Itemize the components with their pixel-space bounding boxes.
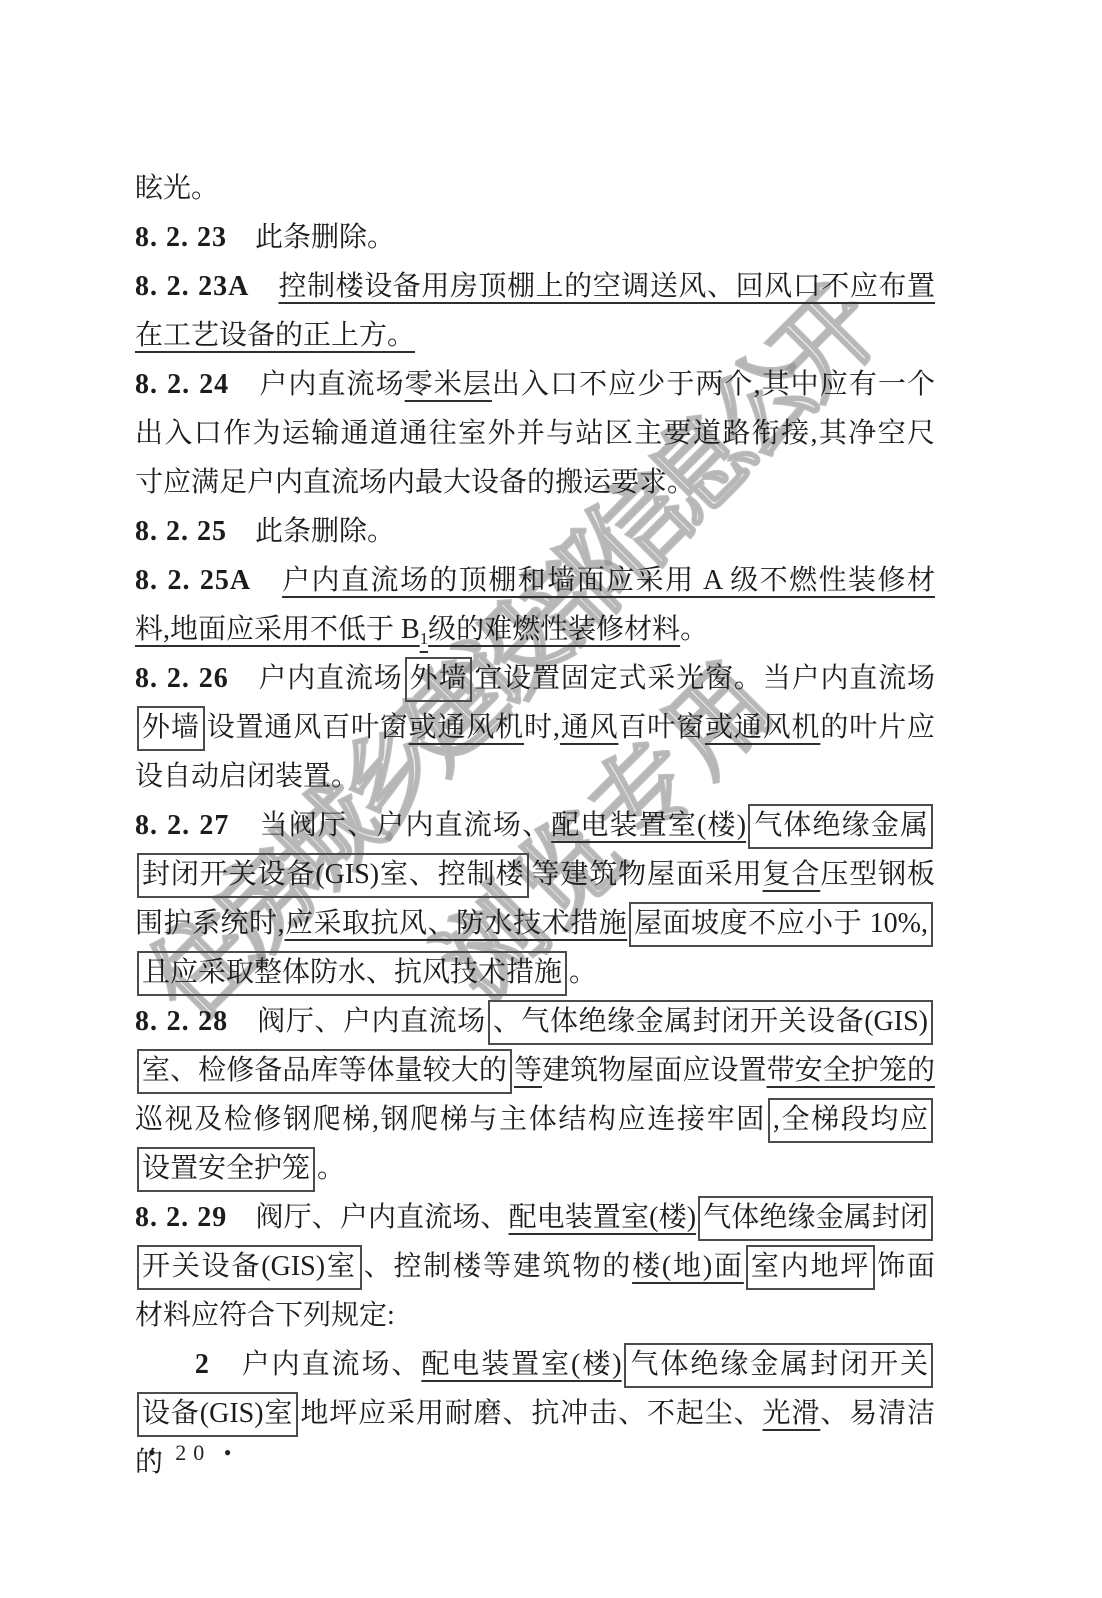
text-run: 。 (680, 614, 708, 645)
text-line: 巡视及检修钢爬梯,钢爬梯与主体结构应连接牢固,全梯段均应 (135, 1095, 935, 1144)
text-line: 8. 2. 26 户内直流场外墙宜设置固定式采光窗。当户内直流场 (135, 654, 935, 703)
text-run (251, 565, 282, 596)
subscript-text: 1 (420, 629, 428, 648)
boxed-text: 气体绝缘金属封闭开关 (624, 1343, 933, 1388)
underlined-text: 或通风机 (409, 712, 524, 743)
text-run: 建筑物屋面应设置 (542, 1055, 767, 1086)
text-line: 8. 2. 29 阀厅、户内直流场、配电装置室(楼)气体绝缘金属封闭 (135, 1193, 935, 1242)
text-run: 等建筑物屋面采用 (531, 859, 762, 890)
text-line: 出入口作为运输通道通往室外并与站区主要道路衔接,其净空尺 (135, 409, 935, 458)
document-page: 住房城乡建设部信息公开 浏览专用 眩光。8. 2. 23 此条删除。8. 2. … (0, 0, 1102, 1598)
underlined-text: 通风 (560, 712, 619, 743)
text-line: 设置安全护笼。 (135, 1144, 935, 1193)
text-run: 材料应符合下列规定: (135, 1300, 395, 1331)
text-run: 阀厅、户内直流场、 (227, 1202, 508, 1233)
clause-number: 8. 2. 25 (135, 516, 227, 547)
underlined-text: 配电装置室(楼) (509, 1202, 696, 1233)
text-line: 8. 2. 27 当阀厅、户内直流场、配电装置室(楼)气体绝缘金属 (135, 801, 935, 850)
clause-number: 8. 2. 25A (135, 565, 251, 596)
text-run: 宜设置固定式采光窗。当户内直流场 (474, 663, 935, 694)
text-line: 8. 2. 28 阀厅、户内直流场、气体绝缘金属封闭开关设备(GIS) (135, 997, 935, 1046)
text-line: 料,地面应采用不低于 B1级的难燃性装修材料。 (135, 605, 935, 654)
text-line: 围护系统时,应采取抗风、防水技术措施屋面坡度不应小于 10%, (135, 899, 935, 948)
text-line: 8. 2. 23A 控制楼设备用房顶棚上的空调送风、回风口不应布置 (135, 262, 935, 311)
underlined-text: 带安全护笼的 (767, 1055, 935, 1086)
text-run: 此条删除。 (227, 516, 395, 547)
text-line: 封闭开关设备(GIS)室、控制楼等建筑物屋面采用复合压型钢板 (135, 850, 935, 899)
boxed-text: 且应采取整体防水、抗风技术措施 (137, 951, 567, 996)
clause-number: 8. 2. 29 (135, 1202, 227, 1233)
text-run: 围护系统时, (135, 908, 285, 939)
text-run: 。 (317, 1153, 345, 1184)
boxed-text: 外墙 (137, 706, 205, 751)
text-run: 设自动启闭装置。 (135, 761, 359, 792)
text-line: 8. 2. 24 户内直流场零米层出入口不应少于两个,其中应有一个 (135, 360, 935, 409)
text-run: 此条删除。 (227, 222, 395, 253)
text-line: 材料应符合下列规定: (135, 1291, 935, 1340)
text-line: 8. 2. 25 此条删除。 (135, 507, 935, 556)
text-run: 眩光。 (135, 173, 219, 204)
text-line: 开关设备(GIS)室、控制楼等建筑物的楼(地)面室内地坪饰面 (135, 1242, 935, 1291)
text-run: 出入口作为运输通道通往室外并与站区主要道路衔接,其净空尺 (135, 418, 935, 449)
underlined-text: 控制楼设备用房顶棚上的空调送风、回风口不应布置 (279, 271, 935, 302)
text-run: 地坪应采用耐磨、抗冲击、不起尘、 (300, 1398, 762, 1429)
clause-number: 8. 2. 23 (135, 222, 227, 253)
clause-number: 8. 2. 23A (135, 271, 249, 302)
text-run: 当阀厅、户内直流场、 (229, 810, 551, 841)
boxed-text: ,全梯段均应 (768, 1098, 933, 1143)
boxed-text: 气体绝缘金属 (748, 804, 933, 849)
text-run: 设置通风百叶窗 (207, 712, 409, 743)
text-run: 出入口不应少于两个,其中应有一个 (492, 369, 935, 400)
text-line: 室、检修备品库等体量较大的等建筑物屋面应设置带安全护笼的 (135, 1046, 935, 1095)
underlined-text: 或通风机 (705, 712, 820, 743)
text-run: 阀厅、户内直流场 (228, 1006, 486, 1037)
boxed-text: 屋面坡度不应小于 10%, (629, 902, 933, 947)
text-line: 寸应满足户内直流场内最大设备的搬运要求。 (135, 458, 935, 507)
underlined-text: 配电装置室(楼) (551, 810, 746, 841)
boxed-text: 气体绝缘金属封闭 (698, 1196, 933, 1241)
underlined-text: 复合 (763, 859, 821, 890)
text-line: 设备(GIS)室地坪应采用耐磨、抗冲击、不起尘、光滑、易清洁的 (135, 1389, 935, 1438)
text-run (249, 271, 278, 302)
underlined-text: 配电装置室(楼) (421, 1349, 621, 1380)
clause-number: 8. 2. 27 (135, 810, 229, 841)
boxed-text: 、气体绝缘金属封闭开关设备(GIS) (488, 1000, 933, 1045)
boxed-text: 设备(GIS)室 (137, 1392, 298, 1437)
clause-number: 2 (195, 1349, 210, 1380)
boxed-text: 室内地坪 (746, 1245, 875, 1290)
text-line: 在工艺设备的正上方。 (135, 311, 935, 360)
text-run: 巡视及检修钢爬梯,钢爬梯与主体结构应连接牢固 (135, 1104, 766, 1135)
clause-number: 8. 2. 24 (135, 369, 229, 400)
clause-number: 8. 2. 28 (135, 1006, 228, 1037)
page-number: • 20 • (148, 1440, 238, 1466)
boxed-text: 室、检修备品库等体量较大的 (137, 1049, 512, 1094)
underlined-text: 料,地面应采用不低于 B (135, 614, 420, 645)
underlined-text: 楼(地)面 (632, 1251, 744, 1282)
text-line: 眩光。 (135, 164, 935, 213)
boxed-text: 设置安全护笼 (137, 1147, 315, 1192)
text-run: 户内直流场、 (210, 1349, 422, 1380)
underlined-text: 户内直流场的顶棚和墙面应采用 A 级不燃性装修材 (282, 565, 935, 596)
text-run: 户内直流场 (229, 369, 405, 400)
text-line: 8. 2. 25A 户内直流场的顶棚和墙面应采用 A 级不燃性装修材 (135, 556, 935, 605)
text-run: 户内直流场 (229, 663, 403, 694)
text-run: 时, (524, 712, 560, 743)
text-run: 百叶窗 (618, 712, 705, 743)
text-line: 8. 2. 23 此条删除。 (135, 213, 935, 262)
underlined-text: 零米层 (405, 369, 492, 400)
underlined-text: 在工艺设备的正上方。 (135, 320, 415, 351)
boxed-text: 封闭开关设备(GIS)室、控制楼 (137, 853, 529, 898)
text-run: 寸应满足户内直流场内最大设备的搬运要求。 (135, 467, 695, 498)
underlined-text: 应采取抗风、防水技术措施 (285, 908, 628, 939)
underlined-text: 光滑 (763, 1398, 821, 1429)
text-run: 。 (569, 957, 597, 988)
text-run (135, 1349, 195, 1380)
text-line: 2 户内直流场、配电装置室(楼)气体绝缘金属封闭开关 (135, 1340, 935, 1389)
text-run: 的叶片应 (820, 712, 935, 743)
text-run: 、控制楼等建筑物的 (364, 1251, 632, 1282)
boxed-text: 开关设备(GIS)室 (137, 1245, 362, 1290)
text-line: 且应采取整体防水、抗风技术措施。 (135, 948, 935, 997)
underlined-text: 等 (514, 1055, 542, 1086)
underlined-text: 级的难燃性装修材料 (428, 614, 680, 645)
boxed-text: 外墙 (405, 657, 473, 702)
text-line: 设自动启闭装置。 (135, 752, 935, 801)
text-run: 压型钢板 (820, 859, 935, 890)
clause-number: 8. 2. 26 (135, 663, 229, 694)
document-body: 眩光。8. 2. 23 此条删除。8. 2. 23A 控制楼设备用房顶棚上的空调… (135, 164, 935, 1438)
text-line: 外墙设置通风百叶窗或通风机时,通风百叶窗或通风机的叶片应 (135, 703, 935, 752)
text-run: 饰面 (877, 1251, 935, 1282)
